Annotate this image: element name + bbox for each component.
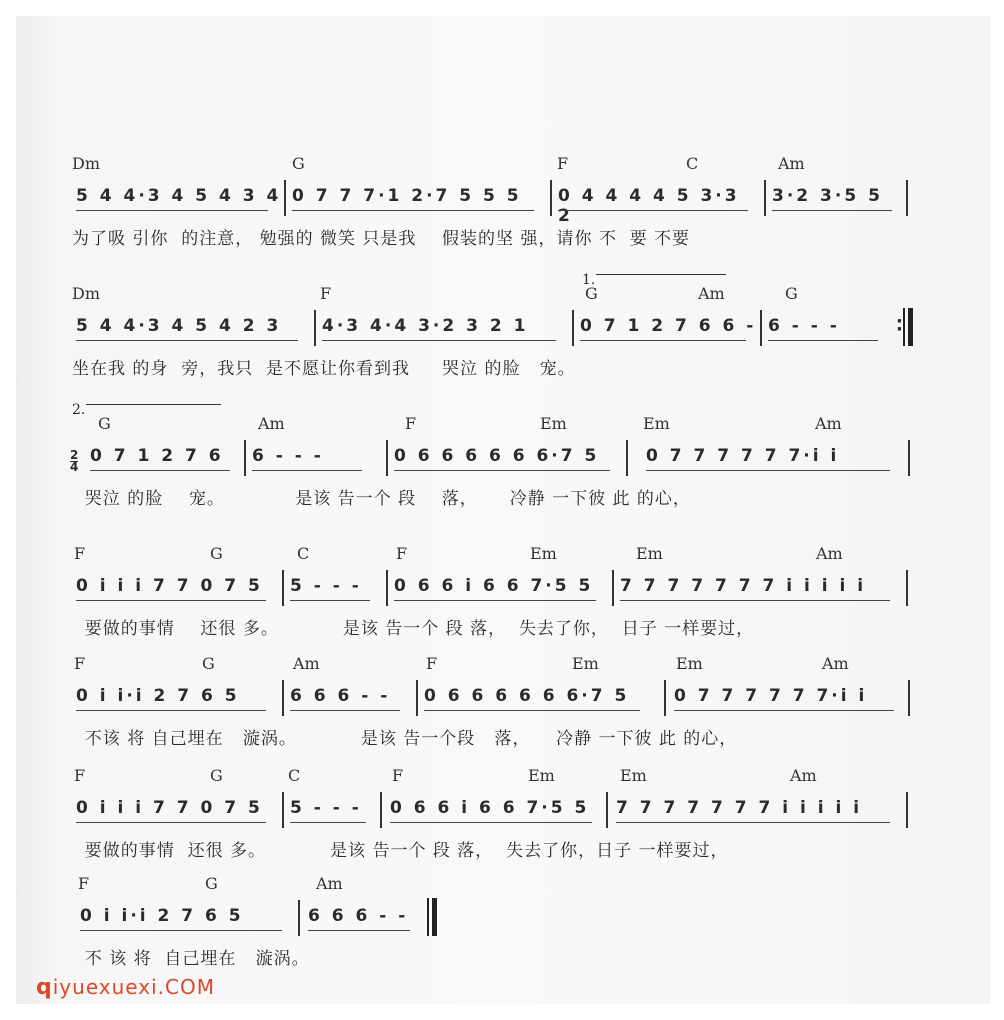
bar-line	[664, 680, 666, 716]
measure-notes: 5 4 4·3 4 5 4 2 3	[76, 316, 281, 336]
chord-symbol: G	[205, 874, 218, 893]
chord-symbol: F	[74, 654, 85, 673]
beam-underline	[768, 340, 878, 341]
measure: 5 4 4·3 4 5 4 2 3	[70, 308, 312, 348]
bar-line	[314, 310, 316, 346]
bar-line	[416, 680, 418, 716]
chord-symbol: Em	[572, 654, 599, 673]
measure: 0 7 7 7 7 7 7·i i	[640, 438, 904, 478]
measure-notes: 0 6 6 i 6 6 7·5 5	[394, 576, 593, 596]
chord-symbol: F	[74, 544, 85, 563]
repeat-end-barline	[908, 308, 913, 346]
bar-line	[764, 180, 766, 216]
beam-underline	[308, 930, 410, 931]
bar-line	[908, 440, 910, 476]
chord-symbol: Am	[258, 414, 285, 433]
chord-symbol: F	[426, 654, 437, 673]
bar-line	[906, 792, 908, 828]
bar-line	[386, 440, 388, 476]
beam-underline	[558, 210, 748, 211]
measure: 6 - - -	[246, 438, 376, 478]
lyrics-line: 要做的事情 还很 多。 是该 告一个 段 落， 失去了你， 日子 一样要过，	[72, 614, 754, 639]
final-barline	[432, 898, 437, 936]
chord-symbol: F	[557, 154, 568, 173]
measure: 5 4 4·3 4 5 4 3 4	[70, 178, 282, 218]
beam-underline	[292, 210, 534, 211]
bar-line	[760, 310, 762, 346]
bar-line	[906, 180, 908, 216]
measure: 6 - - -	[762, 308, 892, 348]
measure-notes: 6 6 6 - -	[308, 906, 408, 926]
site-watermark[interactable]: qiyuexuexi.COM	[36, 975, 215, 1000]
measure-notes: 7 7 7 7 7 7 7 i i i i i	[620, 576, 866, 596]
measure-notes: 0 i i i 7 7 0 7 5	[76, 576, 263, 596]
chord-symbol: Am	[822, 654, 849, 673]
measure: 3·2 3·5 5	[766, 178, 906, 218]
volta-bracket: 2.	[72, 402, 85, 418]
bar-line	[906, 570, 908, 606]
measure: 0 7 7 7 7 7 7·i i	[668, 678, 908, 718]
beam-underline	[616, 822, 890, 823]
chord-symbol: Em	[643, 414, 670, 433]
measure-notes: 0 i i i 7 7 0 7 5	[76, 798, 263, 818]
measure-notes: 0 6 6 i 6 6 7·5 5	[390, 798, 589, 818]
measure-notes: 0 7 7 7·1 2·7 5 5 5	[292, 186, 522, 206]
chord-symbol: Em	[528, 766, 555, 785]
beam-underline	[76, 340, 298, 341]
measure: 5 - - -	[284, 790, 380, 830]
bar-line	[380, 792, 382, 828]
measure-notes: 0 6 6 6 6 6 6·7 5	[394, 446, 599, 466]
measure-notes: 0 7 7 7 7 7 7·i i	[646, 446, 839, 466]
bar-line	[298, 900, 300, 936]
chord-symbol: Em	[620, 766, 647, 785]
beam-underline	[76, 710, 266, 711]
measure-notes: 0 i i·i 2 7 6 5	[76, 686, 240, 706]
measure: 0 i i i 7 7 0 7 5	[70, 790, 280, 830]
watermark-logo-q: q	[36, 975, 53, 1000]
beam-underline	[394, 600, 596, 601]
chord-symbol: Dm	[72, 154, 100, 173]
lyrics-line: 要做的事情 还很 多。 是该 告一个 段 落， 失去了你，日子 一样要过，	[72, 836, 728, 861]
measure-notes: 0 7 1 2 7 6 6 -	[580, 316, 756, 336]
beam-underline	[76, 822, 266, 823]
measure-notes: 4·3 4·4 3·2 3 2 1	[322, 316, 528, 336]
lyrics-line: 为了吸 引你 的注意， 勉强的 微笑 只是我 假装的坚 强，请你 不 要 不要	[72, 224, 690, 249]
bar-line	[606, 792, 608, 828]
bar-line	[612, 570, 614, 606]
measure-notes: 0 6 6 6 6 6 6·7 5	[424, 686, 629, 706]
measure: 0 7 1 2 7 6 6 -	[574, 308, 760, 348]
measure-notes: 0 i i·i 2 7 6 5	[80, 906, 244, 926]
bar-line	[908, 680, 910, 716]
measure: 7 7 7 7 7 7 7 i i i i i	[614, 568, 904, 608]
bar-line	[626, 440, 628, 476]
measure: 0 7 1 2 7 6	[84, 438, 244, 478]
chord-symbol: F	[74, 766, 85, 785]
bar-line	[282, 792, 284, 828]
beam-underline	[290, 710, 400, 711]
chord-symbol: G	[585, 284, 598, 303]
chord-symbol: Em	[676, 654, 703, 673]
measure: 4·3 4·4 3·2 3 2 1	[316, 308, 570, 348]
beam-underline	[674, 710, 894, 711]
measure: 0 4 4 4 4 5 3·3 2	[552, 178, 762, 218]
measure: 0 7 7 7·1 2·7 5 5 5	[286, 178, 548, 218]
bar-line	[284, 180, 286, 216]
measure-notes: 5 - - -	[290, 576, 362, 596]
beam-underline	[76, 600, 266, 601]
lyrics-line: 坐在我 的身 旁，我只 是不愿让你看到我 哭泣 的脸 宠。	[72, 354, 576, 379]
chord-symbol: G	[785, 284, 798, 303]
chord-symbol: C	[297, 544, 309, 563]
measure: 6 6 6 - -	[284, 678, 414, 718]
beam-underline	[80, 930, 282, 931]
bar-line	[282, 570, 284, 606]
lyrics-line: 不该 将 自己埋在 漩涡。 是该 告一个段 落， 冷静 一下彼 此 的心，	[72, 724, 737, 749]
beam-underline	[290, 822, 366, 823]
chord-symbol: C	[686, 154, 698, 173]
measure-notes: 5 4 4·3 4 5 4 3 4	[76, 186, 281, 206]
beam-underline	[90, 470, 230, 471]
chord-symbol: Em	[530, 544, 557, 563]
chord-symbol: F	[396, 544, 407, 563]
repeat-dots: ··	[896, 318, 903, 334]
lyrics-line: 不 该 将 自己埋在 漩涡。	[72, 944, 310, 969]
beam-underline	[394, 470, 610, 471]
beam-underline	[322, 340, 556, 341]
measure-notes: 0 7 1 2 7 6	[90, 446, 224, 466]
bar-line	[572, 310, 574, 346]
chord-symbol: Am	[293, 654, 320, 673]
chord-symbol: Em	[540, 414, 567, 433]
chord-symbol: G	[210, 544, 223, 563]
measure: 0 i i i 7 7 0 7 5	[70, 568, 280, 608]
bar-line	[244, 440, 246, 476]
measure: 6 6 6 - -	[302, 898, 424, 938]
measure-notes: 6 - - -	[768, 316, 840, 336]
chord-symbol: C	[288, 766, 300, 785]
chord-symbol: G	[202, 654, 215, 673]
beam-underline	[76, 210, 268, 211]
chord-symbol: Am	[778, 154, 805, 173]
beam-underline	[290, 600, 370, 601]
measure-notes: 7 7 7 7 7 7 7 i i i i i	[616, 798, 862, 818]
measure-notes: 6 - - -	[252, 446, 324, 466]
measure-notes: 3·2 3·5 5	[772, 186, 883, 206]
measure: 7 7 7 7 7 7 7 i i i i i	[610, 790, 904, 830]
measure-notes: 0 7 7 7 7 7 7·i i	[674, 686, 867, 706]
measure: 0 6 6 i 6 6 7·5 5	[384, 790, 606, 830]
measure: 0 6 6 i 6 6 7·5 5	[388, 568, 610, 608]
measure: 0 6 6 6 6 6 6·7 5	[388, 438, 624, 478]
beam-underline	[772, 210, 892, 211]
bar-line	[386, 570, 388, 606]
chord-symbol: Em	[636, 544, 663, 563]
lyrics-line: 哭泣 的脸 宠。 是该 告一个 段 落， 冷静 一下彼 此 的心，	[72, 484, 691, 509]
beam-underline	[580, 340, 746, 341]
chord-symbol: Am	[316, 874, 343, 893]
measure: 5 - - -	[284, 568, 384, 608]
chord-symbol: G	[210, 766, 223, 785]
chord-symbol: G	[292, 154, 305, 173]
bar-line	[550, 180, 552, 216]
measure: 0 i i·i 2 7 6 5	[70, 678, 280, 718]
chord-symbol: G	[98, 414, 111, 433]
chord-symbol: F	[405, 414, 416, 433]
chord-symbol: Dm	[72, 284, 100, 303]
time-signature: 24	[70, 450, 78, 473]
chord-symbol: F	[78, 874, 89, 893]
measure-notes: 0 4 4 4 4 5 3·3 2	[558, 186, 762, 226]
beam-underline	[620, 600, 890, 601]
chord-symbol: Am	[816, 544, 843, 563]
beam-underline	[646, 470, 890, 471]
chord-symbol: Am	[815, 414, 842, 433]
measure: 0 i i·i 2 7 6 5	[74, 898, 296, 938]
measure: 0 6 6 6 6 6 6·7 5	[418, 678, 654, 718]
bar-line	[282, 680, 284, 716]
watermark-text: iyuexuexi.COM	[53, 975, 215, 999]
chord-symbol: Am	[790, 766, 817, 785]
beam-underline	[252, 470, 362, 471]
chord-symbol: Am	[698, 284, 725, 303]
measure-notes: 6 6 6 - -	[290, 686, 390, 706]
beam-underline	[424, 710, 640, 711]
measure-notes: 5 - - -	[290, 798, 362, 818]
chord-symbol: F	[320, 284, 331, 303]
chord-symbol: F	[392, 766, 403, 785]
beam-underline	[390, 822, 592, 823]
